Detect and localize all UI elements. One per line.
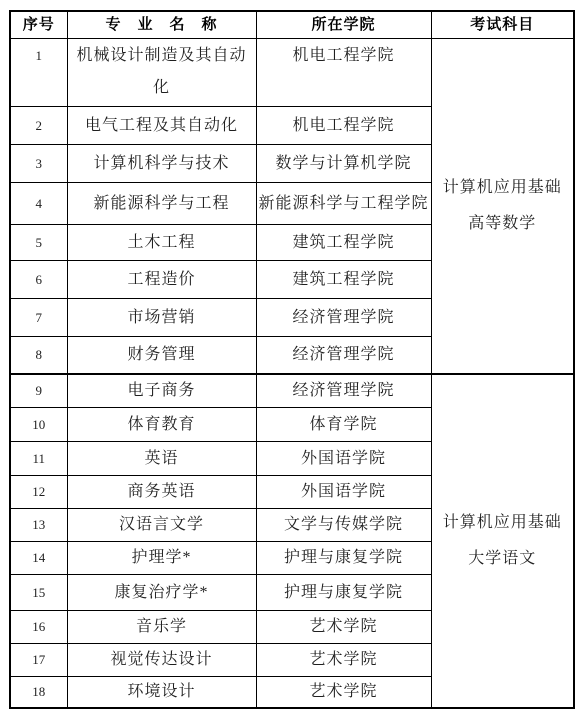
- college-cell: 外国语学院: [256, 442, 431, 476]
- college-cell: 新能源科学与工程学院: [256, 183, 431, 225]
- exam-subjects-cell-group-2: 计算机应用基础 大学语文: [431, 374, 574, 709]
- row-number-cell: 13: [10, 509, 67, 542]
- college-cell: 艺术学院: [256, 644, 431, 677]
- major-cell: 新能源科学与工程: [67, 183, 256, 225]
- major-cell: 电子商务: [67, 374, 256, 408]
- college-cell: 体育学院: [256, 408, 431, 442]
- college-cell: 建筑工程学院: [256, 261, 431, 299]
- row-number-cell: 6: [10, 261, 67, 299]
- header-exam-subjects: 考试科目: [431, 11, 574, 39]
- row-number-cell: 14: [10, 542, 67, 575]
- major-cell: 英语: [67, 442, 256, 476]
- major-cell: 音乐学: [67, 611, 256, 644]
- row-number-cell: 2: [10, 107, 67, 145]
- major-cell: 电气工程及其自动化: [67, 107, 256, 145]
- row-number-cell: 3: [10, 145, 67, 183]
- college-cell: 艺术学院: [256, 677, 431, 709]
- table-header-row: 序号 专 业 名 称 所在学院 考试科目: [10, 11, 574, 39]
- college-cell: 外国语学院: [256, 476, 431, 509]
- row-number-cell: 17: [10, 644, 67, 677]
- header-major-name: 专 业 名 称: [67, 11, 256, 39]
- major-cell: 康复治疗学*: [67, 575, 256, 611]
- major-cell: 机械设计制造及其自动化: [67, 39, 256, 107]
- college-cell: 护理与康复学院: [256, 575, 431, 611]
- college-cell: 建筑工程学院: [256, 225, 431, 261]
- major-cell: 计算机科学与技术: [67, 145, 256, 183]
- college-cell: 文学与传媒学院: [256, 509, 431, 542]
- college-cell: 经济管理学院: [256, 299, 431, 337]
- major-cell: 体育教育: [67, 408, 256, 442]
- header-college: 所在学院: [256, 11, 431, 39]
- row-number-cell: 18: [10, 677, 67, 709]
- row-number-cell: 7: [10, 299, 67, 337]
- row-number-cell: 16: [10, 611, 67, 644]
- row-number-cell: 9: [10, 374, 67, 408]
- major-cell: 汉语言文学: [67, 509, 256, 542]
- major-cell: 视觉传达设计: [67, 644, 256, 677]
- header-serial-number: 序号: [10, 11, 67, 39]
- table-row: 9 电子商务 经济管理学院 计算机应用基础 大学语文: [10, 374, 574, 408]
- college-cell: 经济管理学院: [256, 337, 431, 374]
- majors-exam-table-wrap: 序号 专 业 名 称 所在学院 考试科目 1 机械设计制造及其自动化 机电工程学…: [9, 10, 575, 709]
- major-cell: 市场营销: [67, 299, 256, 337]
- college-cell: 数学与计算机学院: [256, 145, 431, 183]
- college-cell: 艺术学院: [256, 611, 431, 644]
- row-number-cell: 12: [10, 476, 67, 509]
- row-number-cell: 4: [10, 183, 67, 225]
- row-number-cell: 5: [10, 225, 67, 261]
- major-cell: 工程造价: [67, 261, 256, 299]
- major-cell: 环境设计: [67, 677, 256, 709]
- exam-subject-line: 计算机应用基础: [433, 170, 573, 206]
- college-cell: 机电工程学院: [256, 39, 431, 107]
- row-number-cell: 10: [10, 408, 67, 442]
- row-number-cell: 1: [10, 39, 67, 107]
- row-number-cell: 15: [10, 575, 67, 611]
- major-cell: 护理学*: [67, 542, 256, 575]
- major-cell: 土木工程: [67, 225, 256, 261]
- majors-exam-table: 序号 专 业 名 称 所在学院 考试科目 1 机械设计制造及其自动化 机电工程学…: [9, 10, 575, 709]
- row-number-cell: 8: [10, 337, 67, 374]
- exam-subject-line: 高等数学: [433, 206, 573, 242]
- exam-subject-line: 计算机应用基础: [433, 505, 573, 541]
- exam-subject-line: 大学语文: [433, 541, 573, 577]
- table-row: 1 机械设计制造及其自动化 机电工程学院 计算机应用基础 高等数学: [10, 39, 574, 107]
- exam-subjects-cell-group-1: 计算机应用基础 高等数学: [431, 39, 574, 374]
- major-cell: 商务英语: [67, 476, 256, 509]
- college-cell: 机电工程学院: [256, 107, 431, 145]
- college-cell: 护理与康复学院: [256, 542, 431, 575]
- major-cell: 财务管理: [67, 337, 256, 374]
- row-number-cell: 11: [10, 442, 67, 476]
- college-cell: 经济管理学院: [256, 374, 431, 408]
